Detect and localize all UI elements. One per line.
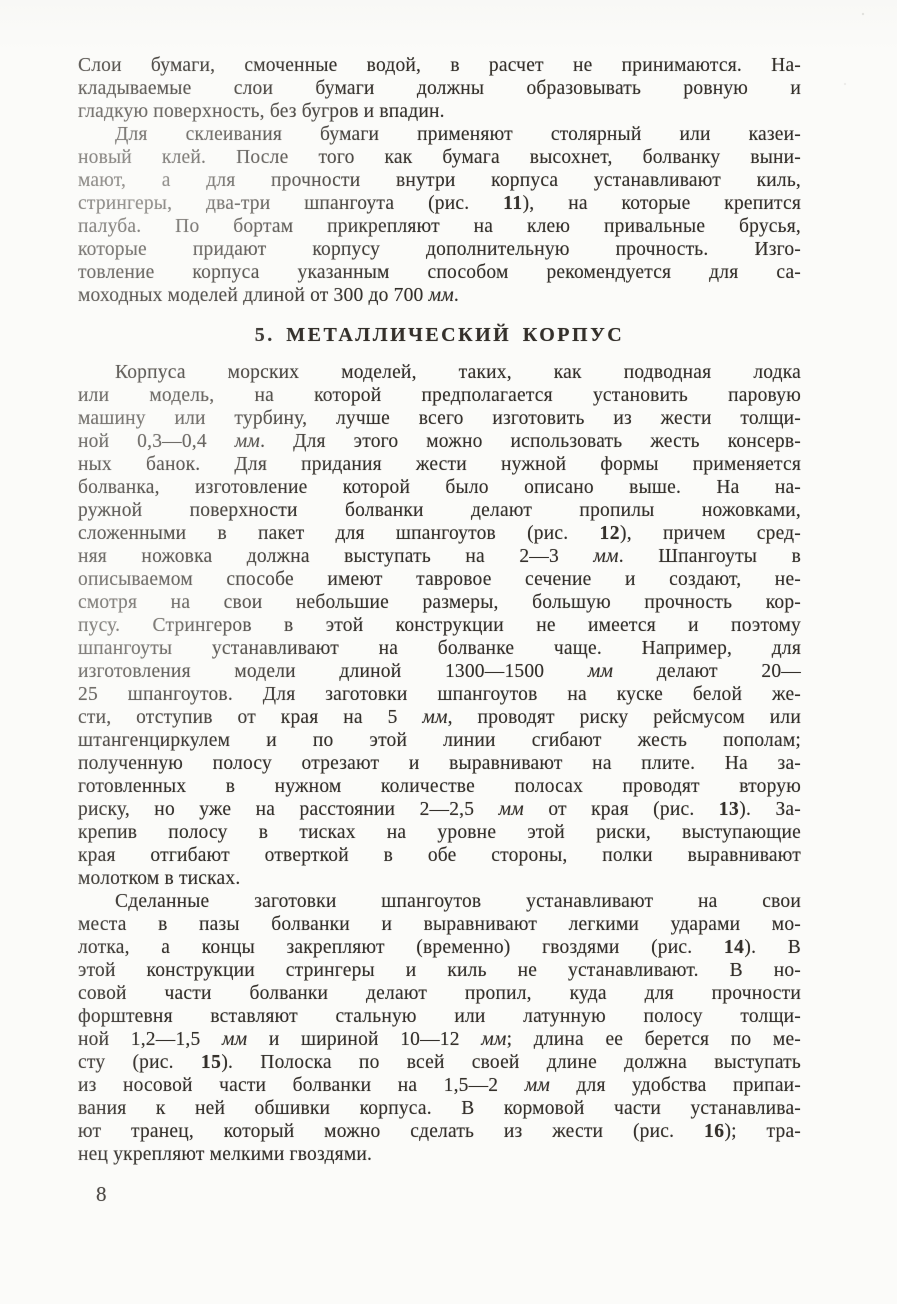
text-line: ных банок. Для придания жести нужной фор… (78, 453, 801, 476)
section-heading: 5. МЕТАЛЛИЧЕСКИЙ КОРПУС (78, 323, 801, 347)
text-line: из носовой части болванки на 1,5—2 мм дл… (78, 1074, 801, 1097)
text-line: мают, а для прочности внутри корпуса уст… (78, 169, 801, 192)
text-line: изготовления модели длиной 1300—1500 мм … (78, 660, 801, 683)
text-line: ют транец, который можно сделать из жест… (78, 1120, 801, 1143)
text-line: молотком в тисках. (78, 867, 801, 890)
paragraph: Для склеивания бумаги применяют столярны… (78, 123, 801, 307)
text-line: палуба. По бортам прикрепляют на клею пр… (78, 215, 801, 238)
text-line: или модель, на которой предполагается ус… (78, 384, 801, 407)
text-line: машину или турбину, лучше всего изготови… (78, 407, 801, 430)
paragraph: Слои бумаги, смоченные водой, в расчет н… (78, 54, 801, 123)
text-line: Корпуса морских моделей, таких, как подв… (78, 361, 801, 384)
text-line: Для склеивания бумаги применяют столярны… (78, 123, 801, 146)
paragraph: Сделанные заготовки шпангоутов устанавли… (78, 890, 801, 1166)
paragraph: Корпуса морских моделей, таких, как подв… (78, 361, 801, 890)
text-line: вания к ней обшивки корпуса. В кормовой … (78, 1097, 801, 1120)
text-line: крепив полосу в тисках на уровне этой ри… (78, 821, 801, 844)
text-line: смотря на свои небольшие размеры, большу… (78, 591, 801, 614)
text-line: которые придают корпусу дополнительную п… (78, 238, 801, 261)
page-number: 8 (96, 1182, 107, 1207)
text-line: нец укрепляют мелкими гвоздями. (78, 1143, 801, 1166)
text-line: товление корпуса указанным способом реко… (78, 261, 801, 284)
text-line: лотка, а концы закрепляют (временно) гво… (78, 936, 801, 959)
text-line: кладываемые слои бумаги должны образовыв… (78, 77, 801, 100)
text-line: готовленных в нужном количестве полосах … (78, 775, 801, 798)
text-line: стрингеры, два-три шпангоута (рис. 11), … (78, 192, 801, 215)
text-line: края отгибают отверткой в обе стороны, п… (78, 844, 801, 867)
text-line: Сделанные заготовки шпангоутов устанавли… (78, 890, 801, 913)
text-line: пусу. Стрингеров в этой конструкции не и… (78, 614, 801, 637)
text-body: Слои бумаги, смоченные водой, в расчет н… (78, 54, 801, 1166)
text-line: няя ножовка должна выступать на 2—3 мм. … (78, 545, 801, 568)
text-line: этой конструкции стрингеры и киль не уст… (78, 959, 801, 982)
text-line: сложенными в пакет для шпангоутов (рис. … (78, 522, 801, 545)
text-line: сти, отступив от края на 5 мм, проводят … (78, 706, 801, 729)
text-line: ружной поверхности болванки делают пропи… (78, 499, 801, 522)
text-line: гладкую поверхность, без бугров и впадин… (78, 100, 801, 123)
scanned-book-page: Слои бумаги, смоченные водой, в расчет н… (0, 0, 897, 1304)
text-line: сту (рис. 15). Полоска по всей своей дли… (78, 1051, 801, 1074)
text-line: Слои бумаги, смоченные водой, в расчет н… (78, 54, 801, 77)
text-line: ной 0,3—0,4 мм. Для этого можно использо… (78, 430, 801, 453)
text-line: форштевня вставляют стальную или латунну… (78, 1005, 801, 1028)
text-line: 25 шпангоутов. Для заготовки шпангоутов … (78, 683, 801, 706)
text-line: ной 1,2—1,5 мм и шириной 10—12 мм; длина… (78, 1028, 801, 1051)
text-line: совой части болванки делают пропил, куда… (78, 982, 801, 1005)
text-line: болванка, изготовление которой было опис… (78, 476, 801, 499)
text-line: моходных моделей длиной от 300 до 700 мм… (78, 284, 801, 307)
text-line: описываемом способе имеют тавровое сечен… (78, 568, 801, 591)
text-line: новый клей. После того как бумага высохн… (78, 146, 801, 169)
text-line: риску, но уже на расстоянии 2—2,5 мм от … (78, 798, 801, 821)
text-line: полученную полосу отрезают и выравнивают… (78, 752, 801, 775)
text-line: штангенциркулем и по этой линии сгибают … (78, 729, 801, 752)
text-line: места в пазы болванки и выравнивают легк… (78, 913, 801, 936)
text-line: шпангоуты устанавливают на болванке чаще… (78, 637, 801, 660)
